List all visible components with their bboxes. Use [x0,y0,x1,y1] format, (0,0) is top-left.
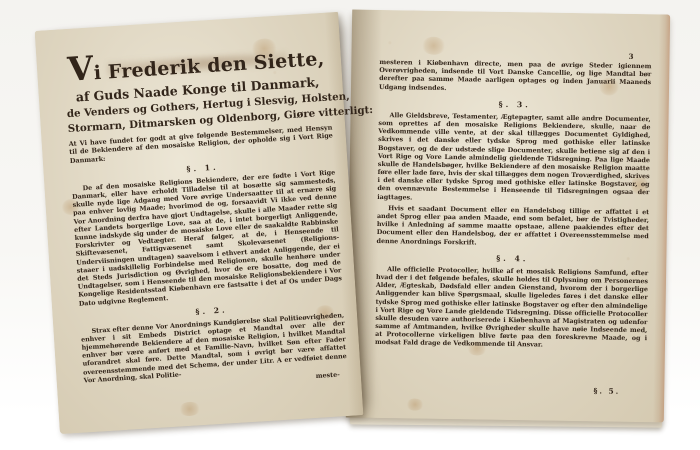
left-page-content: Vi Frederik den Siette, af Guds Naade Ko… [35,12,364,434]
section-1-body: De af den mosaiske Religions Bekiendere,… [71,168,342,307]
right-page-catchword: §. 5. [593,386,620,395]
section-4-heading: §. 4. [376,252,648,265]
section-3-heading: §. 3. [379,98,651,111]
right-page-content: 3 mesteren i Kiøbenhavn directe, men paa… [346,10,670,423]
section-2-continuation: mesteren i Kiøbenhavn directe, men paa d… [379,58,651,95]
section-4-paragraph-1: Alle officielle Protocoller, hvilke af e… [375,265,648,351]
photo-backdrop: Vi Frederik den Siette, af Guds Naade Ko… [0,0,700,450]
page-right: 3 mesteren i Kiøbenhavn directe, men paa… [346,10,670,423]
section-3-paragraph-1: Alle Gieldsbreve, Testamenter, Ægtepagte… [377,111,650,205]
section-3-paragraph-2: Hvis et saadant Document eller en Handel… [377,204,650,249]
page-left: Vi Frederik den Siette, af Guds Naade Ko… [35,12,364,434]
page-number: 3 [628,52,633,61]
